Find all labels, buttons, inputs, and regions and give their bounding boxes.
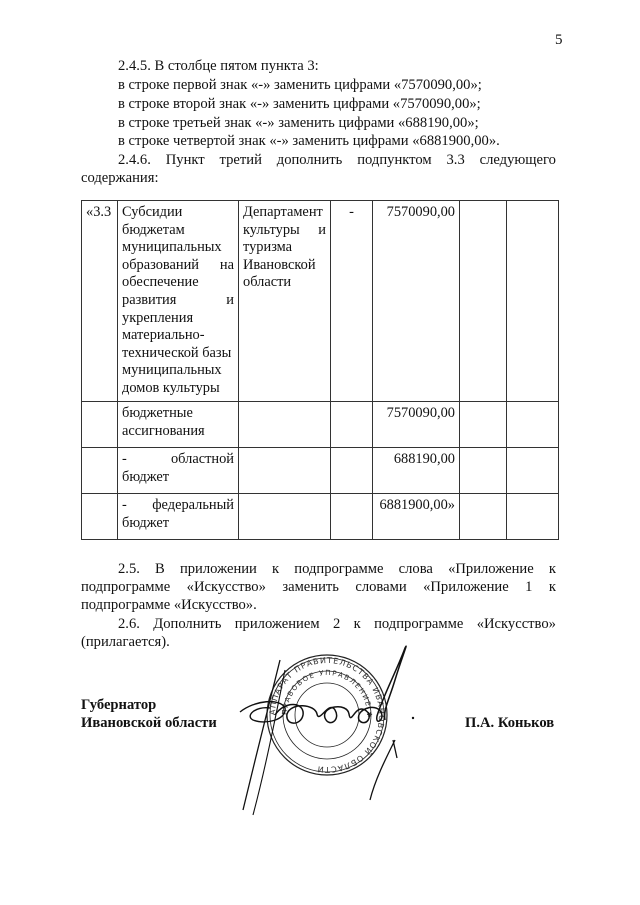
cell-name: бюджетныеассигнования xyxy=(118,402,239,448)
word: третий xyxy=(220,152,262,169)
cell-col6 xyxy=(460,448,507,494)
section-2-5-line1: 2.5.Вприложениикподпрограммеслова«Прилож… xyxy=(118,561,556,578)
word: к xyxy=(549,579,556,596)
cell-item-number xyxy=(82,448,118,494)
signatory-title-line1: Губернатор xyxy=(81,696,217,714)
word: дополнить xyxy=(277,152,343,169)
cell-col4 xyxy=(331,494,373,540)
cell-amount: 7570090,00 xyxy=(373,201,460,402)
section-2-4-5-line: в строке первой знак «-» заменить цифрам… xyxy=(118,77,482,94)
cell-amount: 6881900,00» xyxy=(373,494,460,540)
word: «Приложение xyxy=(448,561,534,578)
cell-col6 xyxy=(460,494,507,540)
table-row: -федеральныйбюджет6881900,00» xyxy=(82,494,559,540)
cell-col6 xyxy=(460,402,507,448)
word: к xyxy=(272,561,279,578)
table-row: -областнойбюджет688190,00 xyxy=(82,448,559,494)
section-2-4-6-line2: содержания: xyxy=(81,170,159,187)
word: приложении xyxy=(180,561,257,578)
cell-item-number xyxy=(82,402,118,448)
cell-col7 xyxy=(507,494,559,540)
section-2-5-line3: подпрограмме «Искусство». xyxy=(81,597,257,614)
cell-name: -федеральныйбюджет xyxy=(118,494,239,540)
section-2-5-line2: подпрограмме«Искусство»заменитьсловами«П… xyxy=(81,579,556,596)
cell-col7 xyxy=(507,402,559,448)
word: Дополнить xyxy=(153,616,221,633)
cell-executor xyxy=(239,494,331,540)
word: подпрограмме xyxy=(81,579,170,596)
word: 2.5. xyxy=(118,561,140,578)
word: заменить xyxy=(282,579,339,596)
signatory-title: Губернатор Ивановской области xyxy=(81,696,217,732)
word: подпрограмме xyxy=(374,616,463,633)
word: 1 xyxy=(525,579,532,596)
cell-col6 xyxy=(460,201,507,402)
word: следующего xyxy=(480,152,556,169)
cell-executor xyxy=(239,402,331,448)
table-row: «3.3Субсидиибюджетаммуниципальныхобразов… xyxy=(82,201,559,402)
word: 2 xyxy=(333,616,340,633)
section-2-4-5-heading: 2.4.5. В столбце пятом пункта 3: xyxy=(118,58,319,75)
cell-executor xyxy=(239,448,331,494)
signatory-title-line2: Ивановской области xyxy=(81,714,217,732)
cell-name: Субсидиибюджетаммуниципальныхобразований… xyxy=(118,201,239,402)
word: к xyxy=(354,616,361,633)
cell-name: -областнойбюджет xyxy=(118,448,239,494)
word: «Искусство» xyxy=(477,616,556,633)
cell-executor: ДепартаменткультурыитуризмаИвановскойобл… xyxy=(239,201,331,402)
word: «Приложение xyxy=(423,579,509,596)
section-2-6-line1: 2.6.Дополнитьприложением2кподпрограмме«И… xyxy=(118,616,556,633)
word: слова xyxy=(399,561,433,578)
section-2-4-6-line1: 2.4.6.Пункттретийдополнитьподпунктом3.3с… xyxy=(118,152,556,169)
handwritten-signature-icon xyxy=(225,640,425,820)
word: 2.4.6. xyxy=(118,152,151,169)
section-2-4-5-line: в строке второй знак «-» заменить цифрам… xyxy=(118,96,481,113)
word: словами xyxy=(355,579,406,596)
word: подпунктом xyxy=(357,152,431,169)
signatory-name: П.А. Коньков xyxy=(465,714,554,732)
section-2-4-5-line: в строке четвертой знак «-» заменить циф… xyxy=(118,133,500,150)
page-number: 5 xyxy=(555,32,563,49)
cell-amount: 7570090,00 xyxy=(373,402,460,448)
cell-col4 xyxy=(331,402,373,448)
word: подпрограмме xyxy=(294,561,383,578)
word: приложением xyxy=(235,616,320,633)
cell-item-number xyxy=(82,494,118,540)
table-row: бюджетныеассигнования7570090,00 xyxy=(82,402,559,448)
cell-col4: - xyxy=(331,201,373,402)
word: В xyxy=(155,561,165,578)
subsidy-table: «3.3Субсидиибюджетаммуниципальныхобразов… xyxy=(81,200,559,540)
cell-col7 xyxy=(507,448,559,494)
cell-col7 xyxy=(507,201,559,402)
word: к xyxy=(549,561,556,578)
section-2-4-5-line: в строке третьей знак «-» заменить цифра… xyxy=(118,115,479,132)
cell-col4 xyxy=(331,448,373,494)
cell-item-number: «3.3 xyxy=(82,201,118,402)
word: Пункт xyxy=(166,152,205,169)
cell-amount: 688190,00 xyxy=(373,448,460,494)
word: 2.6. xyxy=(118,616,140,633)
word: «Искусство» xyxy=(187,579,266,596)
section-2-6-line2: (прилагается). xyxy=(81,634,170,651)
word: 3.3 xyxy=(447,152,465,169)
